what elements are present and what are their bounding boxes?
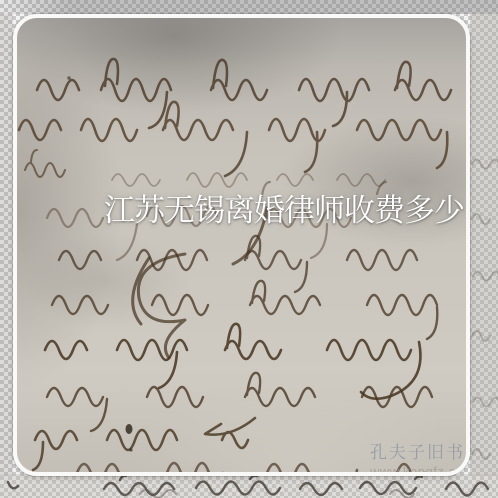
manuscript-photo: 江苏无锡离婚律师收费多少 孔夫子旧书网 www.kongfz.com xyxy=(13,14,470,476)
watermark: 孔夫子旧书网 www.kongfz.com xyxy=(370,438,470,476)
watermark-site-url: www.kongfz.com xyxy=(370,464,470,476)
title-overlay: 江苏无锡离婚律师收费多少 xyxy=(104,195,464,227)
transparency-checkerboard-background: 江苏无锡离婚律师收费多少 孔夫子旧书网 www.kongfz.com xyxy=(0,0,498,498)
edge-ghost-bottom xyxy=(0,474,498,498)
edge-ghost-left xyxy=(0,14,13,476)
watermark-site-name: 孔夫子旧书网 xyxy=(370,438,470,463)
edge-ghost-right xyxy=(470,14,498,476)
edge-ghost-top xyxy=(0,0,498,14)
handwriting-texture xyxy=(17,18,470,476)
